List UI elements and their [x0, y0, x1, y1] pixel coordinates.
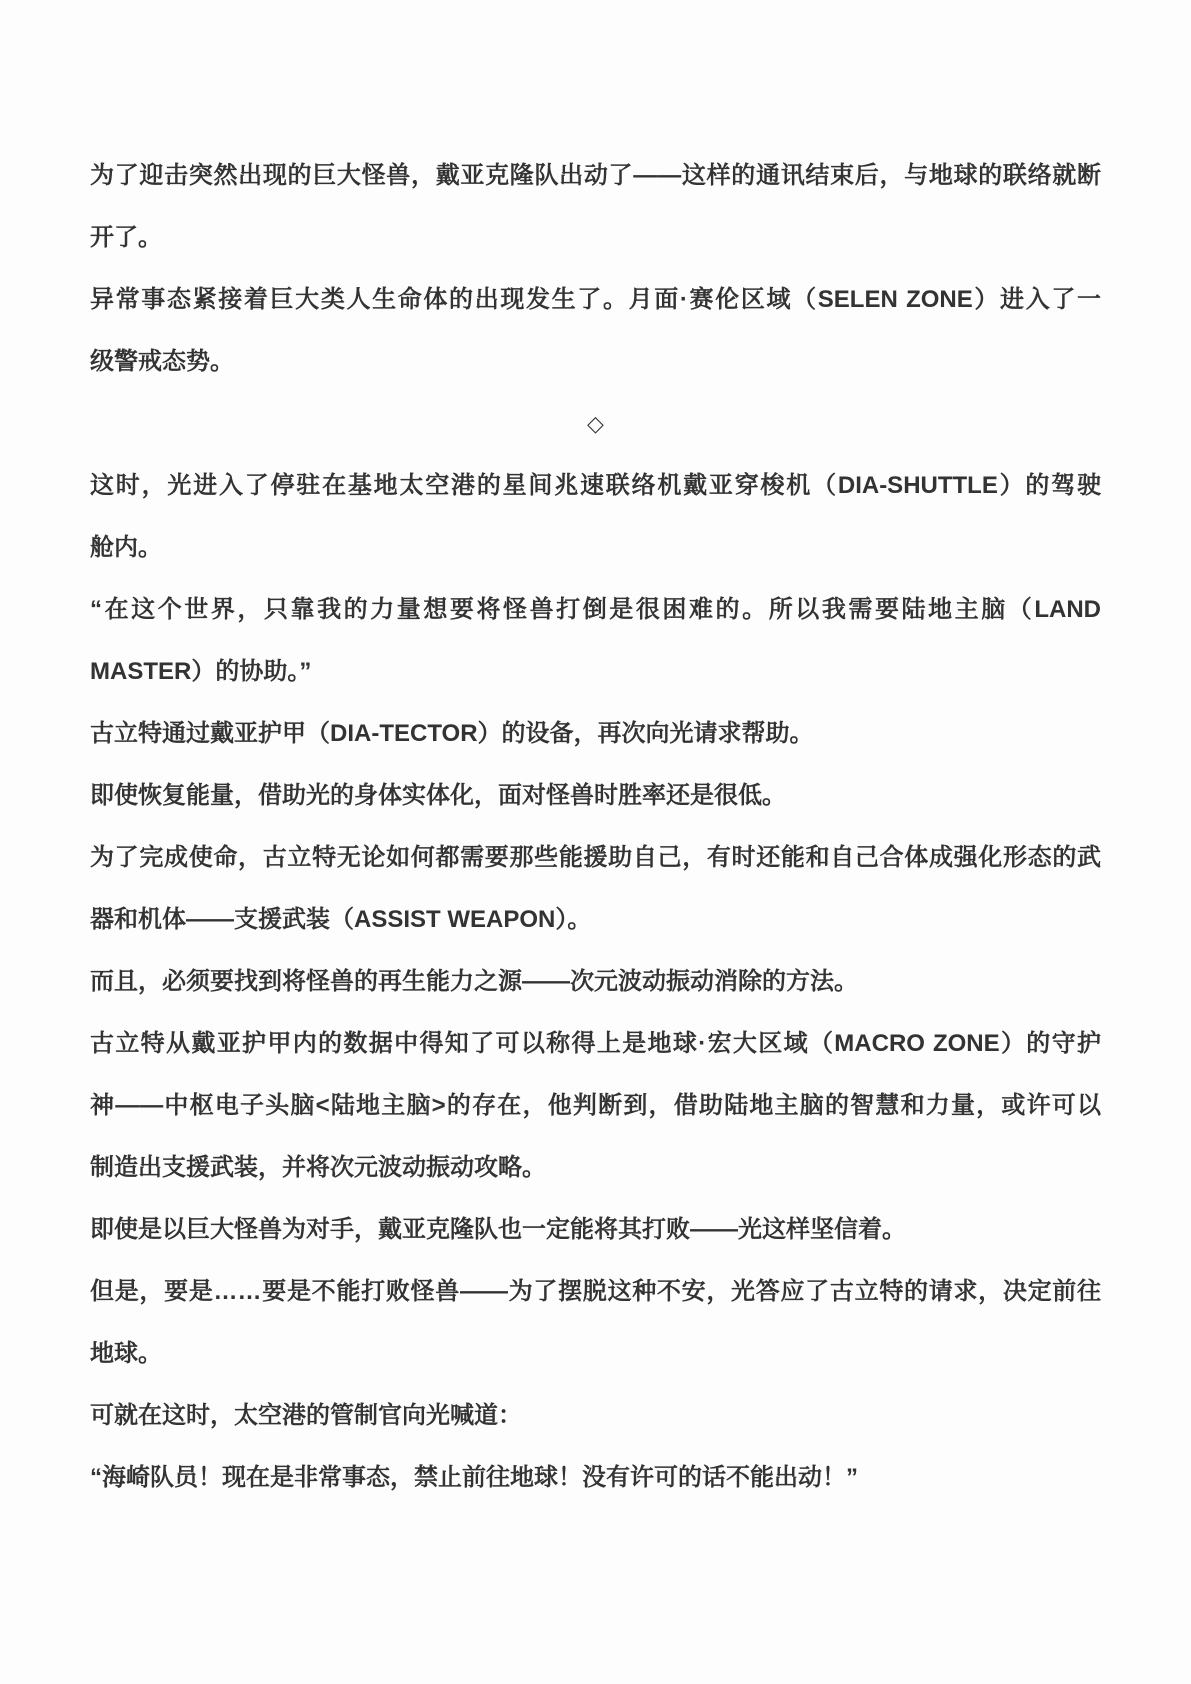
text-line: 而且，必须要找到将怪兽的再生能力之源——次元波动振动消除的方法。: [90, 951, 1101, 1013]
text-line: 即使是以巨大怪兽为对手，戴亚克隆队也一定能将其打败——光这样坚信着。: [90, 1199, 1101, 1261]
section-separator-diamond-icon: ◇: [90, 393, 1101, 455]
text-line: 开了。: [90, 207, 1101, 269]
text-line: 异常事态紧接着巨大类人生命体的出现发生了。月面·赛伦区域（SELEN ZONE）…: [90, 269, 1101, 331]
novel-page: 为了迎击突然出现的巨大怪兽，戴亚克隆队出动了——这样的通讯结束后，与地球的联络就…: [0, 0, 1191, 1684]
text-line: 为了完成使命，古立特无论如何都需要那些能援助自己，有时还能和自己合体成强化形态的…: [90, 827, 1101, 889]
text-line: 为了迎击突然出现的巨大怪兽，戴亚克隆队出动了——这样的通讯结束后，与地球的联络就…: [90, 145, 1101, 207]
text-line: 但是，要是……要是不能打败怪兽——为了摆脱这种不安，光答应了古立特的请求，决定前…: [90, 1261, 1101, 1323]
text-line: 神——中枢电子头脑<陆地主脑>的存在，他判断到，借助陆地主脑的智慧和力量，或许可…: [90, 1075, 1101, 1137]
text-line: 舱内。: [90, 517, 1101, 579]
text-line: 制造出支援武装，并将次元波动振动攻略。: [90, 1137, 1101, 1199]
text-line: 古立特从戴亚护甲内的数据中得知了可以称得上是地球·宏大区域（MACRO ZONE…: [90, 1013, 1101, 1075]
text-line: 地球。: [90, 1323, 1101, 1385]
page: { "page": { "background_color": "#fdfdfd…: [0, 0, 1191, 1684]
text-line: 这时，光进入了停驻在基地太空港的星间兆速联络机戴亚穿梭机（DIA-SHUTTLE…: [90, 455, 1101, 517]
text-line: 即使恢复能量，借助光的身体实体化，面对怪兽时胜率还是很低。: [90, 765, 1101, 827]
text-line: 器和机体——支援武装（ASSIST WEAPON）。: [90, 889, 1101, 951]
text-line: “在这个世界，只靠我的力量想要将怪兽打倒是很困难的。所以我需要陆地主脑（LAND: [90, 579, 1101, 641]
text-line: 级警戒态势。: [90, 331, 1101, 393]
text-line: 可就在这时，太空港的管制官向光喊道：: [90, 1385, 1101, 1447]
text-block: 为了迎击突然出现的巨大怪兽，戴亚克隆队出动了——这样的通讯结束后，与地球的联络就…: [0, 0, 1191, 1509]
text-line: 古立特通过戴亚护甲（DIA-TECTOR）的设备，再次向光请求帮助。: [90, 703, 1101, 765]
text-line: “海崎队员！现在是非常事态，禁止前往地球！没有许可的话不能出动！”: [90, 1447, 1101, 1509]
text-line: MASTER）的协助。”: [90, 641, 1101, 703]
